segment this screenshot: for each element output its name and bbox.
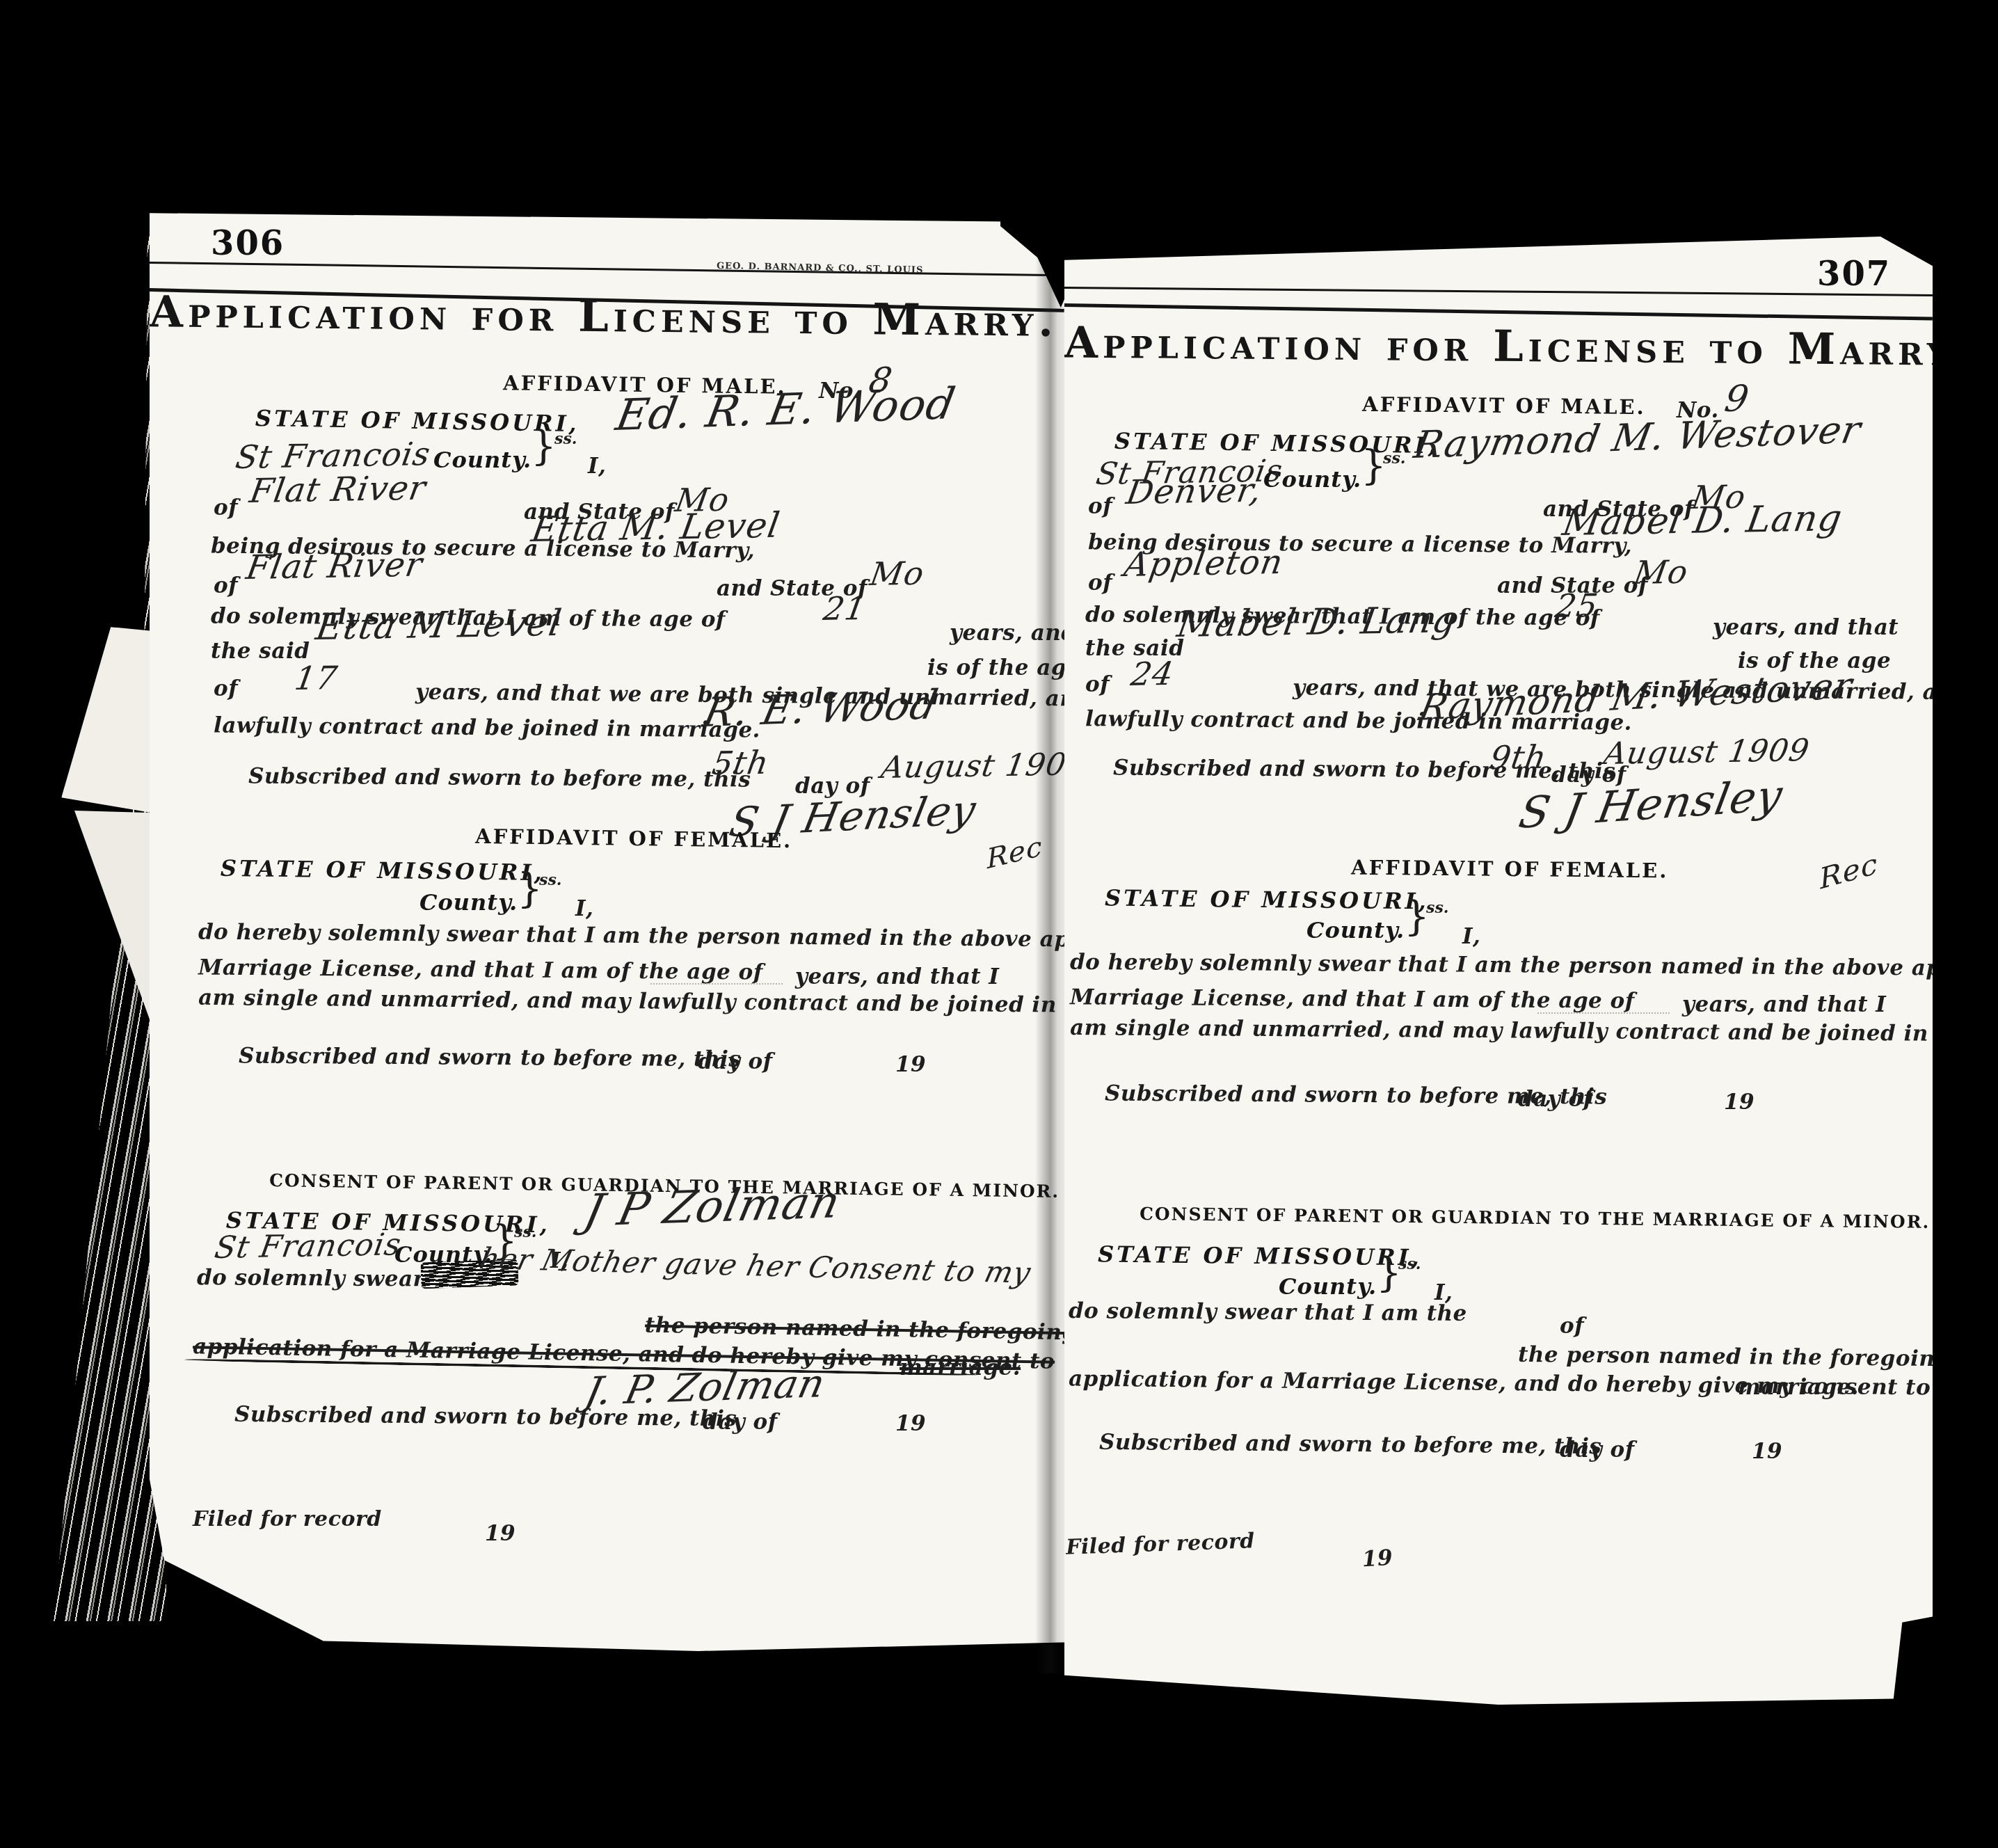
age-blank bbox=[1537, 1012, 1670, 1014]
consent-swear-label: do solemnly swear that I am the bbox=[1069, 1298, 1467, 1326]
header-rule bbox=[150, 262, 1064, 276]
bride-town-handwritten: Appleton bbox=[1121, 543, 1286, 584]
groom-age-handwritten: 21 bbox=[821, 589, 869, 628]
female-line2a: Marriage License, and that I am of the a… bbox=[1070, 985, 1635, 1014]
of-label-2: of bbox=[214, 573, 238, 598]
groom-signature: Raymond M. Westover bbox=[1416, 665, 1856, 729]
consent-marriage-struck: marriage. bbox=[900, 1355, 1021, 1380]
county-label-f: County. bbox=[1306, 917, 1405, 943]
bride-state-handwritten: Mo bbox=[868, 555, 927, 593]
the-said: the said bbox=[211, 639, 310, 664]
age-blank bbox=[650, 982, 783, 985]
state-of-missouri-c: STATE OF MISSOURI, bbox=[1098, 1241, 1422, 1271]
page-number: 307 bbox=[1817, 255, 1891, 294]
county-label: County. bbox=[1263, 466, 1361, 493]
years-and-that: years, and that bbox=[1713, 615, 1899, 640]
county-label: County. bbox=[433, 447, 532, 473]
header-rule bbox=[1064, 287, 1933, 296]
female-line2b: years, and that I bbox=[795, 964, 999, 989]
subscribed-c: Subscribed and sworn to before me, this bbox=[1099, 1430, 1602, 1459]
day-of-c: day of bbox=[703, 1410, 778, 1435]
consent-text-handwritten: her Mother gave her Consent to my bbox=[477, 1241, 1034, 1290]
officiant-title: Rec bbox=[1818, 847, 1880, 895]
book-page-306: 306 GEO. D. BARNARD & CO., ST. LOUIS App… bbox=[150, 209, 1064, 1652]
subscribed: Subscribed and sworn to before me, this bbox=[248, 763, 751, 792]
day-of-f: day of bbox=[1518, 1087, 1593, 1112]
consent-of-label: of bbox=[1560, 1314, 1584, 1339]
ss-label-c: ss. bbox=[1398, 1255, 1421, 1273]
of-label: of bbox=[214, 495, 238, 520]
female-line2b: years, and that I bbox=[1682, 992, 1886, 1017]
consent-person-struck: the person named in the foregoing bbox=[645, 1313, 1078, 1346]
consent-person: the person named in the foregoing bbox=[1518, 1342, 1951, 1372]
page-number: 306 bbox=[211, 224, 285, 263]
bride-name-handwritten: Etta M. Level bbox=[529, 505, 783, 550]
nineteen-f: 19 bbox=[895, 1052, 926, 1077]
ss-label-c: ss. bbox=[514, 1223, 536, 1241]
filed-nineteen: 19 bbox=[1361, 1545, 1393, 1572]
day-of-f: day of bbox=[698, 1049, 773, 1074]
groom-town-handwritten: Flat River bbox=[247, 469, 429, 511]
book-page-307: 307 Application for License to Marry. AF… bbox=[1064, 237, 1933, 1705]
filed-nineteen: 19 bbox=[485, 1521, 516, 1546]
nineteen-c: 19 bbox=[895, 1411, 926, 1436]
of-label-2: of bbox=[1088, 571, 1112, 596]
subscribed-f: Subscribed and sworn to before me, this bbox=[239, 1043, 741, 1072]
filed-for-record: Filed for record bbox=[1065, 1529, 1255, 1559]
bride-age-handwritten: 17 bbox=[292, 659, 340, 697]
state-of-missouri-f: STATE OF MISSOURI, bbox=[1105, 885, 1429, 915]
bride-town-handwritten: Flat River bbox=[243, 545, 425, 587]
nineteen-f: 19 bbox=[1724, 1090, 1755, 1115]
bride-state-handwritten: Mo bbox=[1631, 553, 1691, 591]
of-label: of bbox=[1088, 494, 1112, 519]
i-label-f: I, bbox=[1462, 924, 1480, 949]
ss-label-f: ss. bbox=[539, 871, 561, 889]
of-label-3: of bbox=[1085, 672, 1110, 697]
printer-imprint: GEO. D. BARNARD & CO., ST. LOUIS bbox=[717, 261, 924, 276]
bride-name2-handwritten: Mabel D. Lang bbox=[1174, 599, 1460, 646]
consent-heading: CONSENT OF PARENT OR GUARDIAN TO THE MAR… bbox=[1140, 1204, 1930, 1232]
subscribed-c: Subscribed and sworn to before me, this bbox=[234, 1402, 737, 1431]
groom-signature: R. E. Wood bbox=[699, 680, 943, 736]
ss-label: ss. bbox=[554, 430, 577, 448]
of-label-3: of bbox=[214, 676, 238, 701]
groom-town-handwritten: Denver, bbox=[1124, 471, 1265, 512]
brace: } bbox=[531, 426, 557, 466]
consent-marriage: marriage. bbox=[1738, 1375, 1859, 1400]
form-title: Application for License to Marry. bbox=[150, 286, 1044, 346]
consent-county-handwritten: St Francois bbox=[212, 1227, 404, 1266]
i-label: I, bbox=[588, 454, 606, 479]
filed-for-record: Filed for record bbox=[193, 1507, 382, 1531]
bride-name-handwritten: Mabel D. Lang bbox=[1560, 497, 1845, 544]
nineteen-c: 19 bbox=[1752, 1439, 1782, 1464]
i-label-f: I, bbox=[575, 896, 593, 921]
month-year-handwritten: August 1909 bbox=[1601, 733, 1812, 772]
female-line1: do hereby solemnly swear that I am the p… bbox=[1070, 950, 1998, 982]
bride-name2-handwritten: Etta M Level bbox=[313, 603, 565, 648]
female-line2a: Marriage License, and that I am of the a… bbox=[198, 955, 763, 985]
female-line3: am single and unmarried, and may lawfull… bbox=[1070, 1015, 1998, 1047]
form-title: Application for License to Marry. bbox=[1064, 317, 1794, 374]
day-handwritten: 9th bbox=[1487, 738, 1549, 776]
affidavit-female-heading: AFFIDAVIT OF FEMALE. bbox=[475, 825, 793, 852]
ss-label: ss. bbox=[1383, 449, 1405, 468]
affidavit-male-heading: AFFIDAVIT OF MALE. bbox=[1362, 392, 1646, 419]
bride-age-handwritten: 24 bbox=[1128, 655, 1176, 693]
groom-age-handwritten: 25 bbox=[1553, 587, 1601, 625]
lawfully: lawfully contract and be joined in marri… bbox=[214, 713, 760, 743]
consent-name-handwritten: J P Zolman bbox=[580, 1177, 845, 1237]
affidavit-female-heading: AFFIDAVIT OF FEMALE. bbox=[1351, 856, 1669, 883]
day-handwritten: 5th bbox=[710, 744, 772, 782]
day-of-c: day of bbox=[1560, 1437, 1635, 1463]
county-label-f: County. bbox=[419, 889, 518, 916]
state-of-missouri-f: STATE OF MISSOURI, bbox=[221, 855, 545, 886]
county-label-c: County. bbox=[1279, 1273, 1377, 1300]
ss-label-f: ss. bbox=[1426, 899, 1448, 917]
